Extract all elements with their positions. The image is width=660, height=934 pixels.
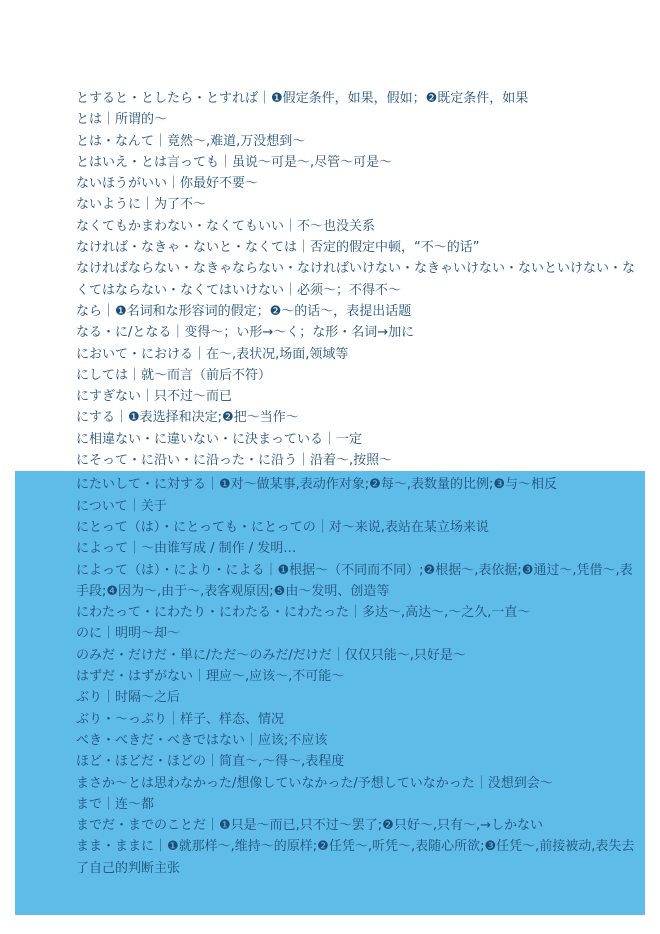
grammar-entry: のみだ・だけだ・単に/ただ～のみだ/だけだ｜仅仅只能～,只好是～ xyxy=(76,645,642,666)
grammar-entry: まま・ままに｜❶就那样～,维持～的原样;❷任凭～,听凭～,表随心所欲;❸任凭～,… xyxy=(76,836,642,879)
grammar-entry: によって（は）・により・による｜❶根据～（不同而不同）;❷根据～,表依据;❸通过… xyxy=(76,560,642,603)
grammar-entry: にしては｜就～而言（前后不符） xyxy=(76,365,642,386)
grammar-entry: に相違ない・に違いない・に決まっている｜一定 xyxy=(76,429,642,450)
grammar-entry: まで｜连～都 xyxy=(76,794,642,815)
notes-page: とすると・としたら・とすれば｜❶假定条件，如果，假如；❷既定条件，如果 とは｜所… xyxy=(0,0,660,934)
grammar-entry: ぶり｜时隔～之后 xyxy=(76,687,642,708)
grammar-entry: にする｜❶表选择和决定;❷把～当作～ xyxy=(76,407,642,428)
selection-highlight: にたいして・に対する｜❶对～做某事,表动作对象;❷每～,表数量的比例;❸与～相反… xyxy=(15,471,645,915)
grammar-entry: なければ・なきゃ・ないと・なくては｜否定的假定中顿，“不～的话” xyxy=(76,237,642,258)
grammar-entry: なければならない・なきゃならない・なければいけない・なきゃいけない・ないといけな… xyxy=(76,258,642,301)
grammar-entry: にわたって・にわたり・にわたる・にわたった｜多达～,高达～,～之久,一直～ xyxy=(76,602,642,623)
grammar-list: とすると・としたら・とすれば｜❶假定条件，如果，假如；❷既定条件，如果 とは｜所… xyxy=(76,88,642,915)
grammar-entry: にそって・に沿い・に沿った・に沿う｜沿着～,按照～ xyxy=(76,450,642,471)
grammar-entry: にとって（は）・にとっても・にとっての｜对～来说,表站在某立场来说 xyxy=(76,517,642,538)
grammar-entry: ほど・ほどだ・ほどの｜简直～,～得～,表程度 xyxy=(76,751,642,772)
grammar-entry: までだ・までのことだ｜❶只是～而已,只不过～罢了;❷只好～,只有～,→しかない xyxy=(76,815,642,836)
grammar-entry: ぶり・～っぷり｜样子、样态、情况 xyxy=(76,709,642,730)
grammar-entry: なる・に/となる｜变得～；い形→～く；な形・名词→加に xyxy=(76,322,642,343)
grammar-entry: とは｜所谓的～ xyxy=(76,109,642,130)
grammar-entry: なくてもかまわない・なくてもいい｜不～也没关系 xyxy=(76,216,642,237)
grammar-entry: なら｜❶名词和な形容词的假定；❷～的话～，表提出话题 xyxy=(76,301,642,322)
grammar-entry: について｜关于 xyxy=(76,496,642,517)
grammar-entry: によって｜～由谁写成 / 制作 / 发明… xyxy=(76,538,642,559)
grammar-entry: にすぎない｜只不过～而已 xyxy=(76,386,642,407)
grammar-entry: ないように｜为了不～ xyxy=(76,194,642,215)
grammar-entry: とすると・としたら・とすれば｜❶假定条件，如果，假如；❷既定条件，如果 xyxy=(76,88,642,109)
grammar-entry: において・における｜在～,表状况,场面,领域等 xyxy=(76,344,642,365)
grammar-entry: はずだ・はずがない｜理应～,应该～,不可能～ xyxy=(76,666,642,687)
grammar-entry: のに｜明明～却～ xyxy=(76,623,642,644)
grammar-entry: にたいして・に対する｜❶对～做某事,表动作对象;❷每～,表数量的比例;❸与～相反 xyxy=(76,474,642,495)
grammar-entry: まさか～とは思わなかった/想像していなかった/予想していなかった｜没想到会～ xyxy=(76,773,642,794)
grammar-entry: とは・なんて｜竟然～,难道,万没想到～ xyxy=(76,131,642,152)
grammar-entry: とはいえ・とは言っても｜虽说～可是～,尽管～可是～ xyxy=(76,152,642,173)
grammar-entry: ないほうがいい｜你最好不要～ xyxy=(76,173,642,194)
grammar-entry: べき・べきだ・べきではない｜应该;不应该 xyxy=(76,730,642,751)
